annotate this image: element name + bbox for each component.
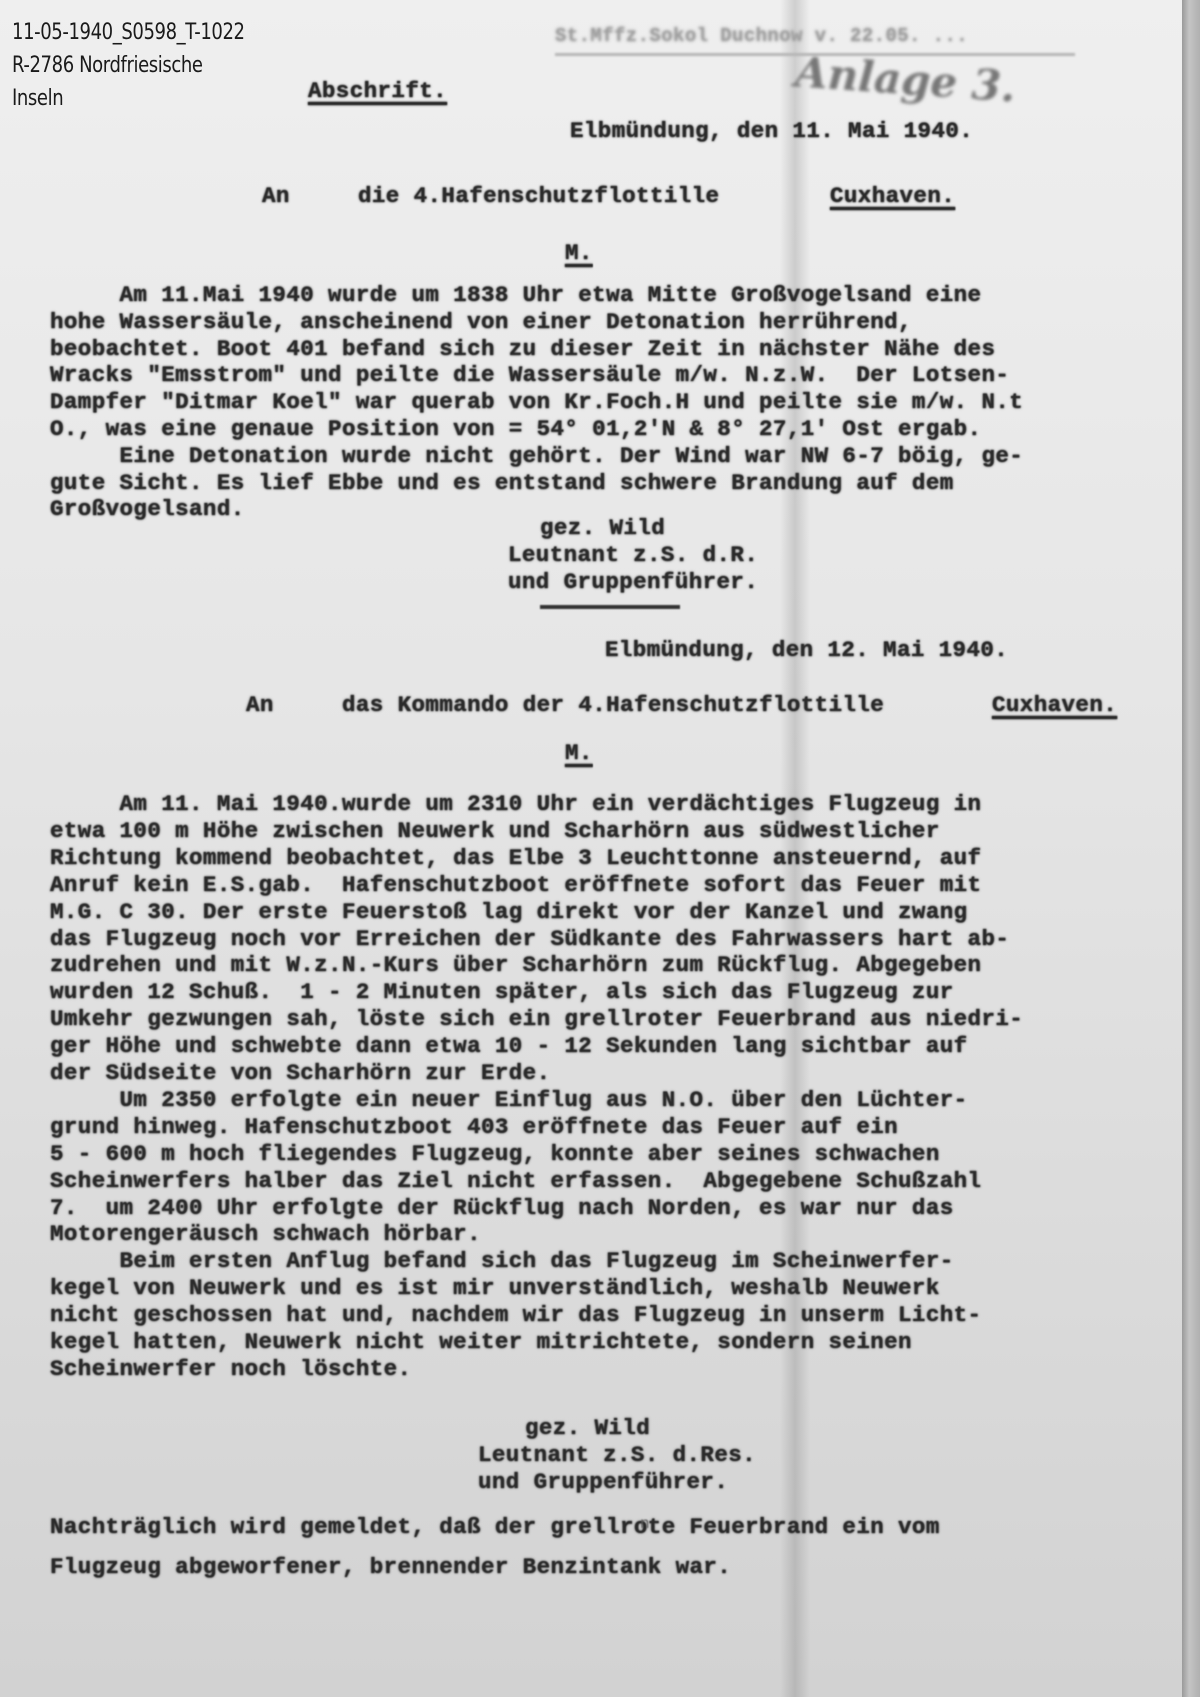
report2-text-line: Motorengeräusch schwach hörbar. bbox=[50, 1221, 481, 1247]
report2-text-line: etwa 100 m Höhe zwischen Neuwerk und Sch… bbox=[50, 818, 940, 844]
report2-text-line: M.G. C 30. Der erste Feuerstoß lag direk… bbox=[50, 899, 968, 925]
report2-text-line: Am 11. Mai 1940.wurde um 2310 Uhr ein ve… bbox=[50, 791, 981, 817]
archive-label: 11-05-1940_S0598_T-1022 R-2786 Nordfries… bbox=[12, 16, 245, 115]
correction-mark: n bbox=[640, 1515, 650, 1533]
faded-stamp: St.Mffz.Sokol Duchnow v. 22.05. ... bbox=[555, 25, 968, 47]
report2-addressee: das Kommando der 4.Hafenschutzflottille bbox=[342, 692, 884, 718]
report1-addressee-city: Cuxhaven. bbox=[830, 183, 955, 209]
report2-signature-rank: Leutnant z.S. d.Res. bbox=[478, 1442, 756, 1468]
postscript-text-line: Flugzeug abgeworfener, brennender Benzin… bbox=[50, 1554, 731, 1580]
report1-signature-rank: Leutnant z.S. d.R. bbox=[508, 542, 758, 568]
report1-marker: M. bbox=[565, 240, 593, 266]
report2-text-line: ger Höhe und schwebte dann etwa 10 - 12 … bbox=[50, 1033, 968, 1059]
report1-text-line: gute Sicht. Es lief Ebbe und es entstand… bbox=[50, 470, 954, 496]
archive-label-line: R-2786 Nordfriesische bbox=[12, 49, 245, 82]
postscript-text-line: Nachträglich wird gemeldet, daß der grel… bbox=[50, 1514, 940, 1540]
report2-text-line: nicht geschossen hat und, nachdem wir da… bbox=[50, 1302, 981, 1328]
report2-text-line: das Flugzeug noch vor Erreichen der Südk… bbox=[50, 926, 1009, 952]
report2-text-line: 7. um 2400 Uhr erfolgte der Rückflug nac… bbox=[50, 1195, 954, 1221]
archive-label-line: 11-05-1940_S0598_T-1022 bbox=[12, 16, 245, 49]
report2-text-line: Scheinwerfers halber das Ziel nicht erfa… bbox=[50, 1168, 981, 1194]
page-edge bbox=[1182, 0, 1200, 1697]
report1-addressee-prefix: An bbox=[262, 183, 290, 209]
section-divider bbox=[540, 605, 680, 609]
report2-marker: M. bbox=[565, 740, 593, 766]
report2-signature-role: und Gruppenführer. bbox=[478, 1469, 728, 1495]
report2-text-line: Scheinwerfer noch löschte. bbox=[50, 1356, 411, 1382]
report1-addressee: die 4.Hafenschutzflottille bbox=[358, 183, 719, 209]
report2-text-line: 5 - 600 m hoch fliegendes Flugzeug, konn… bbox=[50, 1141, 940, 1167]
report1-signature-role: und Gruppenführer. bbox=[508, 569, 758, 595]
report2-text-line: der Südseite von Scharhörn zur Erde. bbox=[50, 1060, 550, 1086]
report1-signature-name: gez. Wild bbox=[540, 515, 665, 541]
report2-text-line: kegel von Neuwerk und es ist mir unverst… bbox=[50, 1275, 940, 1301]
report1-text-line: Großvogelsand. bbox=[50, 496, 245, 522]
document-title: Abschrift. bbox=[308, 78, 447, 104]
report2-place-date: Elbmündung, den 12. Mai 1940. bbox=[605, 637, 1008, 663]
report2-text-line: wurden 12 Schuß. 1 - 2 Minuten später, a… bbox=[50, 979, 954, 1005]
report2-text-line: Umkehr gezwungen sah, löste sich ein gre… bbox=[50, 1006, 1023, 1032]
report2-text-line: Beim ersten Anflug befand sich das Flugz… bbox=[50, 1248, 954, 1274]
report2-addressee-prefix: An bbox=[246, 692, 274, 718]
report1-place-date: Elbmündung, den 11. Mai 1940. bbox=[570, 118, 973, 144]
report1-text-line: Am 11.Mai 1940 wurde um 1838 Uhr etwa Mi… bbox=[50, 282, 981, 308]
report1-text-line: Wracks "Emsstrom" und peilte die Wassers… bbox=[50, 362, 1009, 388]
report1-text-line: O., was eine genaue Position von = 54° 0… bbox=[50, 416, 981, 442]
report2-addressee-city: Cuxhaven. bbox=[992, 692, 1117, 718]
archive-label-line: Inseln bbox=[12, 82, 245, 115]
report1-text-line: Dampfer "Ditmar Koel" war querab von Kr.… bbox=[50, 389, 1023, 415]
report2-text-line: Richtung kommend beobachtet, das Elbe 3 … bbox=[50, 845, 981, 871]
report1-text-line: beobachtet. Boot 401 befand sich zu dies… bbox=[50, 336, 995, 362]
report2-text-line: grund hinweg. Hafenschutzboot 403 eröffn… bbox=[50, 1114, 898, 1140]
report2-text-line: zudrehen und mit W.z.N.-Kurs über Scharh… bbox=[50, 952, 981, 978]
report2-text-line: Anruf kein E.S.gab. Hafenschutzboot eröf… bbox=[50, 872, 981, 898]
report2-text-line: Um 2350 erfolgte ein neuer Einflug aus N… bbox=[50, 1087, 968, 1113]
report1-text-line: hohe Wassersäule, anscheinend von einer … bbox=[50, 309, 912, 335]
report2-text-line: kegel hatten, Neuwerk nicht weiter mitri… bbox=[50, 1329, 912, 1355]
report1-text-line: Eine Detonation wurde nicht gehört. Der … bbox=[50, 443, 1023, 469]
report2-signature-name: gez. Wild bbox=[525, 1415, 650, 1441]
